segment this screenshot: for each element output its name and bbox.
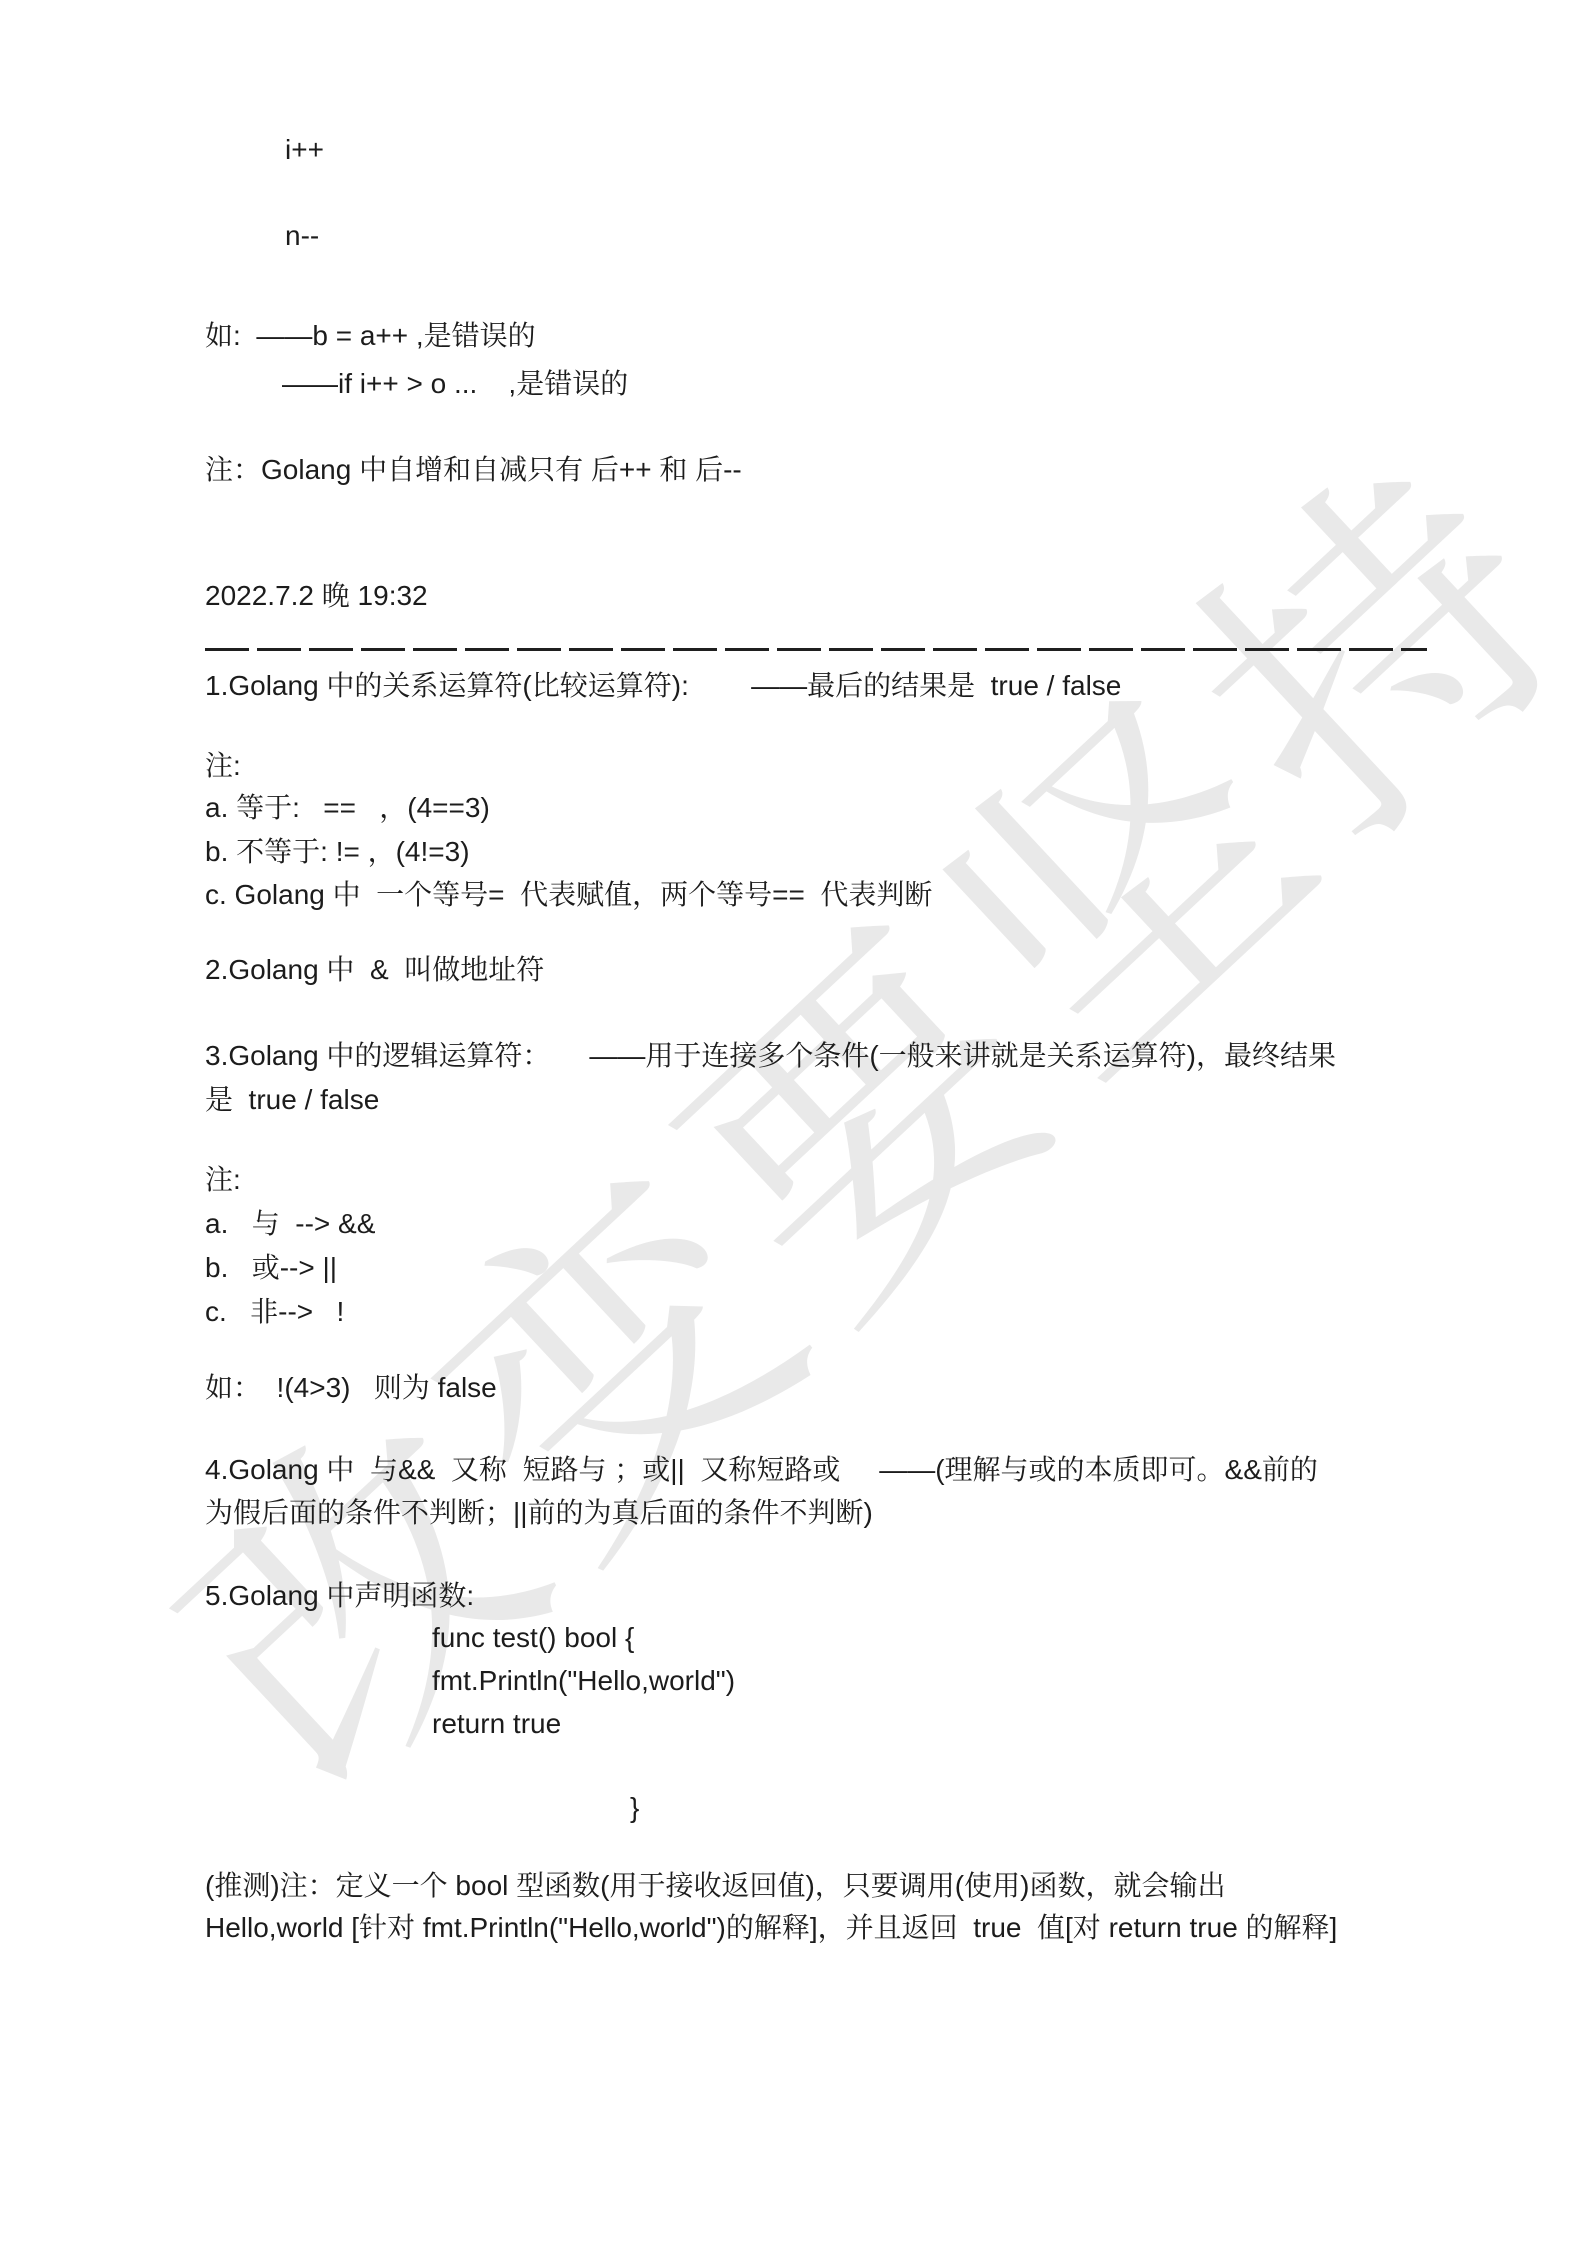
func-code-closing-brace: }: [630, 1790, 639, 1826]
item3-example: 如： !(4>3) 则为 false: [205, 1370, 497, 1406]
item2-title: 2.Golang 中 & 叫做地址符: [205, 952, 544, 988]
item1-note-a: a. 等于: == ，(4==3): [205, 790, 490, 826]
item3-note-c: c. 非--> !: [205, 1294, 344, 1330]
code-line-increment: i++: [285, 132, 324, 168]
item3-note-head: 注:: [205, 1162, 241, 1198]
item4-line-1: 4.Golang 中 与&& 又称 短路与 ；或|| 又称短路或 ——(理解与或…: [205, 1452, 1318, 1488]
item1-title: 1.Golang 中的关系运算符(比较运算符): ——最后的结果是 true /…: [205, 668, 1121, 704]
error-example-line-2: ——if i++ > o ... ,是错误的: [282, 366, 628, 402]
item3-title-line-1: 3.Golang 中的逻辑运算符： ——用于连接多个条件(一般来讲就是关系运算符…: [205, 1038, 1336, 1074]
item5-note-line-2: Hello,world [针对 fmt.Println("Hello,world…: [205, 1910, 1337, 1946]
error-example-line-1: 如: ——b = a++ ,是错误的: [205, 318, 536, 354]
item1-note-c: c. Golang 中 一个等号= 代表赋值，两个等号== 代表判断: [205, 877, 932, 913]
item1-note-head: 注:: [205, 748, 241, 784]
document-content: i++ n-- 如: ——b = a++ ,是错误的 ——if i++ > o …: [0, 0, 1587, 2245]
code-line-decrement: n--: [285, 218, 319, 254]
item5-title: 5.Golang 中声明函数:: [205, 1578, 474, 1614]
item5-note-line-1: (推测)注：定义一个 bool 型函数(用于接收返回值)，只要调用(使用)函数，…: [205, 1868, 1225, 1904]
func-code-line-1: func test() bool {: [432, 1620, 634, 1656]
notes-page: 改变要坚持 i++ n-- 如: ——b = a++ ,是错误的 ——if i+…: [0, 0, 1587, 2245]
dashed-divider: [205, 648, 1427, 651]
increment-note: 注：Golang 中自增和自减只有 后++ 和 后--: [205, 452, 742, 488]
item4-line-2: 为假后面的条件不判断；||前的为真后面的条件不判断): [205, 1495, 873, 1531]
item3-note-b: b. 或--> ||: [205, 1250, 337, 1286]
session-timestamp: 2022.7.2 晚 19:32: [205, 578, 428, 614]
func-code-line-3: return true: [432, 1706, 561, 1742]
item3-title-line-2: 是 true / false: [205, 1082, 379, 1118]
item1-note-b: b. 不等于: != ，(4!=3): [205, 834, 470, 870]
func-code-line-2: fmt.Println("Hello,world"): [432, 1663, 735, 1699]
item3-note-a: a. 与 --> &&: [205, 1206, 375, 1242]
